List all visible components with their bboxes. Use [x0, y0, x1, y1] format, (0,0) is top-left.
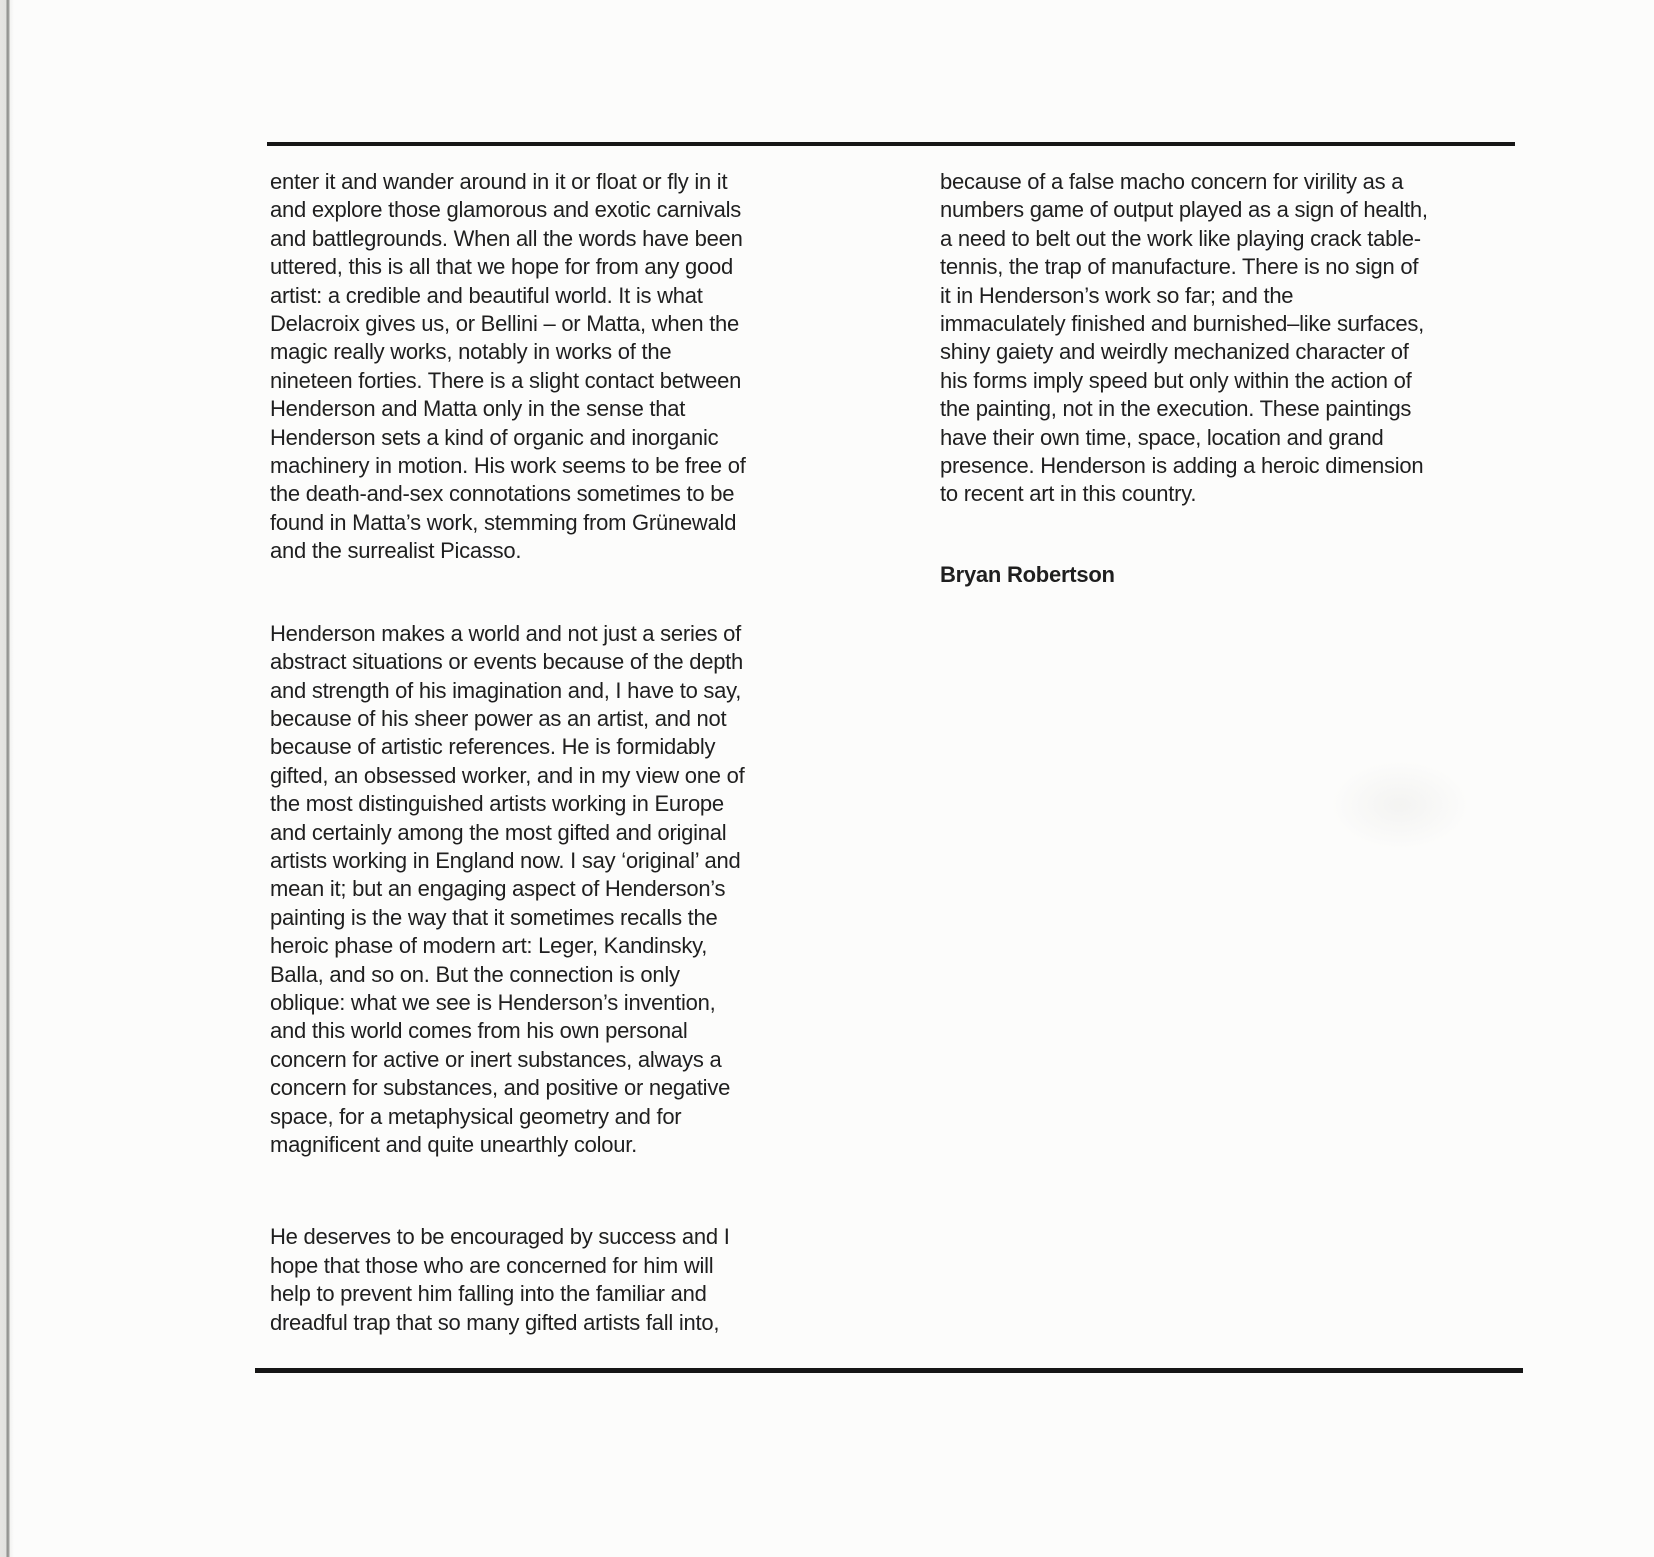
paragraph-continuation: because of a false macho concern for vir… [940, 168, 1500, 509]
top-rule [267, 142, 1515, 146]
page-scan-edge [0, 0, 14, 1557]
scanned-catalogue-page: enter it and wander around in it or floa… [0, 0, 1654, 1557]
right-text-column: because of a false macho concern for vir… [940, 168, 1500, 589]
paragraph: He deserves to be encouraged by success … [270, 1223, 850, 1337]
author-signature: Bryan Robertson [940, 561, 1500, 589]
scan-smudge [1330, 760, 1470, 850]
paragraph-continuation: enter it and wander around in it or floa… [270, 168, 850, 566]
paragraph: Henderson makes a world and not just a s… [270, 620, 850, 1160]
left-text-column: enter it and wander around in it or floa… [270, 168, 850, 1337]
bottom-rule [255, 1368, 1523, 1373]
